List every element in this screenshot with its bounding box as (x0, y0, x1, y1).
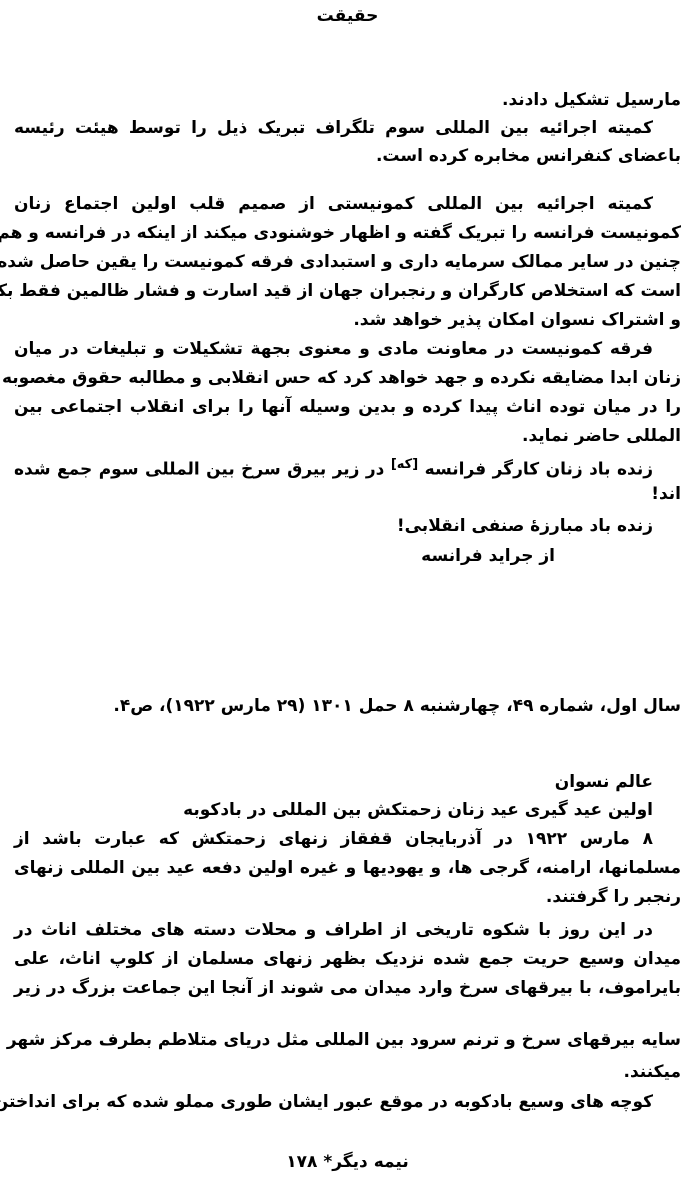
text-line: میدان وسیع حریت جمع شده نزدیک بظهر زنهای… (14, 945, 681, 973)
book-title: نیمه دیگر* (323, 1152, 408, 1172)
page-number: ۱۷۸ (286, 1152, 317, 1172)
line-suffix: در زیر بیرق سرخ بین المللی سوم جمع شده (14, 460, 384, 480)
running-head: حقیقت (0, 4, 695, 28)
citation: سال اول، شماره ۴۹، چهارشنبه ۸ حمل ۱۳۰۱ (… (113, 692, 681, 720)
text-line: اند! (651, 480, 681, 508)
text-line: المللی حاضر نماید. (522, 422, 681, 450)
text-line: مارسیل تشکیل دادند. (502, 86, 681, 114)
text-line: است که استخلاص کارگران و رنجبران جهان از… (14, 277, 681, 305)
text-line: کمیته اجرائیه بین المللی سوم تلگراف تبری… (14, 114, 653, 142)
text-line-with-bracket: زنده باد زنان کارگر فرانسه [که] در زیر ب… (14, 451, 653, 484)
headline: اولین عید گیری عید زنان زحمتکش بین الملل… (183, 796, 653, 824)
line-prefix: زنده باد زنان کارگر فرانسه (425, 460, 653, 480)
text-line: بایراموف، با بیرقهای سرخ وارد میدان می ش… (14, 974, 681, 1002)
slogan-line: زنده باد مبارزهٔ صنفی انقلابی! (397, 512, 653, 540)
section-title: عالم نسوان (555, 768, 653, 796)
text-line: سایه بیرقهای سرخ و ترنم سرود بین المللی … (14, 1026, 681, 1054)
text-line: کوچه های وسیع بادکوبه در موقع عبور ایشان… (14, 1088, 653, 1116)
text-line: ۸ مارس ۱۹۲۲ در آذربایجان قفقاز زنهای زحم… (14, 825, 653, 853)
text-line: کمونیست فرانسه را تبریک گفته و اظهار خوش… (14, 219, 681, 247)
editorial-bracket: [که] (391, 457, 418, 472)
text-line: و اشتراک نسوان امکان پذیر خواهد شد. (353, 306, 681, 334)
text-line: در این روز با شکوه تاریخی از اطراف و محل… (14, 916, 653, 944)
text-line: مسلمانها، ارامنه، گرجی ها، و یهودیها و غ… (14, 854, 681, 882)
text-line: کمیته اجرائیه بین المللی کمونیستی از صمی… (14, 190, 653, 218)
page-footer: نیمه دیگر* ۱۷۸ (0, 1148, 695, 1176)
text-line: فرقه کمونیست در معاونت مادی و معنوی بجهة… (14, 335, 653, 363)
text-line: چنین در سایر ممالک سرمایه داری و استبداد… (14, 248, 681, 276)
text-line: را در میان توده اناث پیدا کرده و بدین وس… (14, 393, 681, 421)
document-page: حقیقت مارسیل تشکیل دادند. کمیته اجرائیه … (0, 0, 695, 1200)
text-line: میکنند. (623, 1058, 681, 1086)
text-line: زنان ابدا مضایقه نکرده و جهد خواهد کرد ک… (14, 364, 681, 392)
text-line: باعضای کنفرانس مخابره کرده است. (376, 142, 681, 170)
text-line: رنجبر را گرفتند. (546, 883, 681, 911)
source-line: از جراید فرانسه (421, 542, 555, 570)
